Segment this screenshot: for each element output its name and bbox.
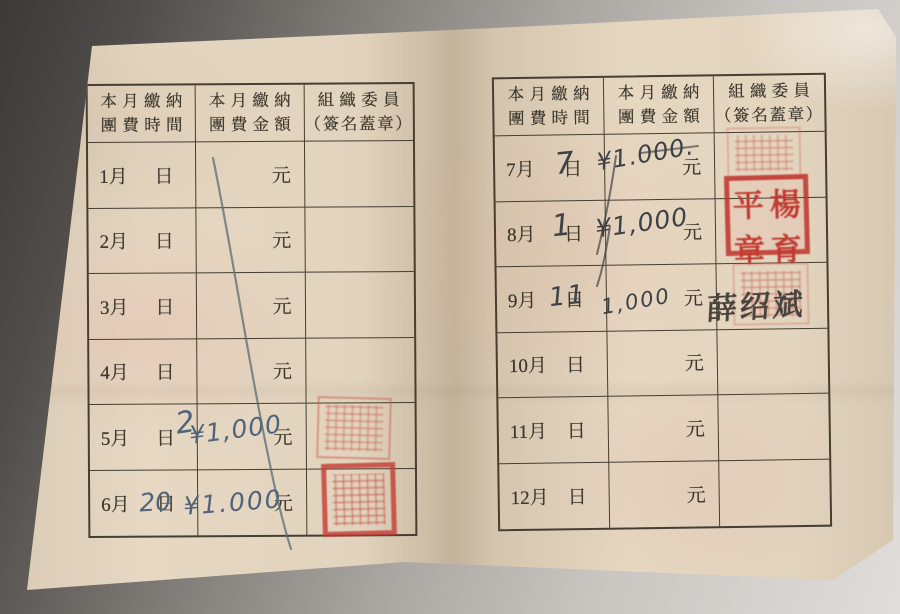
month-cell-jan: 1月日 [88,142,197,208]
amount-cell-mar: 元 [197,273,306,339]
seal-cell-nov [718,394,829,461]
month-cell-apr: 4月日 [89,339,198,405]
header-committee-seal: 組織委員 （簽名蓋章） [304,84,413,142]
month-cell-may: 5月日 [90,404,199,470]
amount-cell-jun: 元 [198,469,307,535]
red-seal-outline-jul-icon [727,126,802,179]
month-cell-feb: 2月日 [88,208,197,274]
month-cell-nov: 11月日 [498,397,609,464]
month-cell-sep: 9月日 [496,266,607,333]
red-seal-jun-icon [321,462,397,537]
amount-cell-apr: 元 [198,338,307,404]
month-cell-dec: 12月日 [499,462,610,529]
header-payment-amount: 本月繳納 團費金額 [196,85,305,143]
amount-cell-jul: 元 [605,133,716,200]
amount-cell-may: 元 [198,404,307,470]
header-committee-seal: 組織委員 （簽名蓋章） [714,75,825,134]
paper-booklet: 本月繳納 團費時間 本月繳納 團費金額 組織委員 （簽名蓋章） 1月日 元 2月… [0,0,900,614]
header-payment-time: 本月繳納 團費時間 [88,85,197,143]
month-cell-oct: 10月日 [497,331,608,398]
seal-cell-jan [305,141,414,207]
header-payment-amount: 本月繳納 團費金額 [604,76,715,135]
amount-cell-sep: 元 [606,264,717,331]
seal-cell-mar [305,272,414,338]
amount-cell-jan: 元 [196,142,305,208]
amount-cell-oct: 元 [607,330,718,397]
seal-cell-oct [717,328,828,395]
photo-of-membership-fee-booklet: 本月繳納 團費時間 本月繳納 團費金額 組織委員 （簽名蓋章） 1月日 元 2月… [0,0,900,614]
month-cell-mar: 3月日 [89,273,198,339]
month-cell-jun: 6月日 [90,470,199,536]
red-seal-may-icon [316,396,392,460]
committee-name-seal-icon: 平 楊 章 育 [724,174,810,256]
amount-cell-feb: 元 [197,207,306,273]
seal-cell-apr [306,338,415,404]
amount-cell-aug: 元 [606,199,717,266]
month-cell-jul: 7月日 [495,135,606,202]
seal-cell-dec [719,459,830,526]
seal-cell-feb [305,207,414,273]
amount-cell-dec: 元 [609,461,720,528]
month-cell-aug: 8月日 [496,200,607,267]
header-payment-time: 本月繳納 團費時間 [494,78,605,137]
amount-cell-nov: 元 [608,395,719,462]
committee-signature: 薛绍斌 [706,279,807,328]
